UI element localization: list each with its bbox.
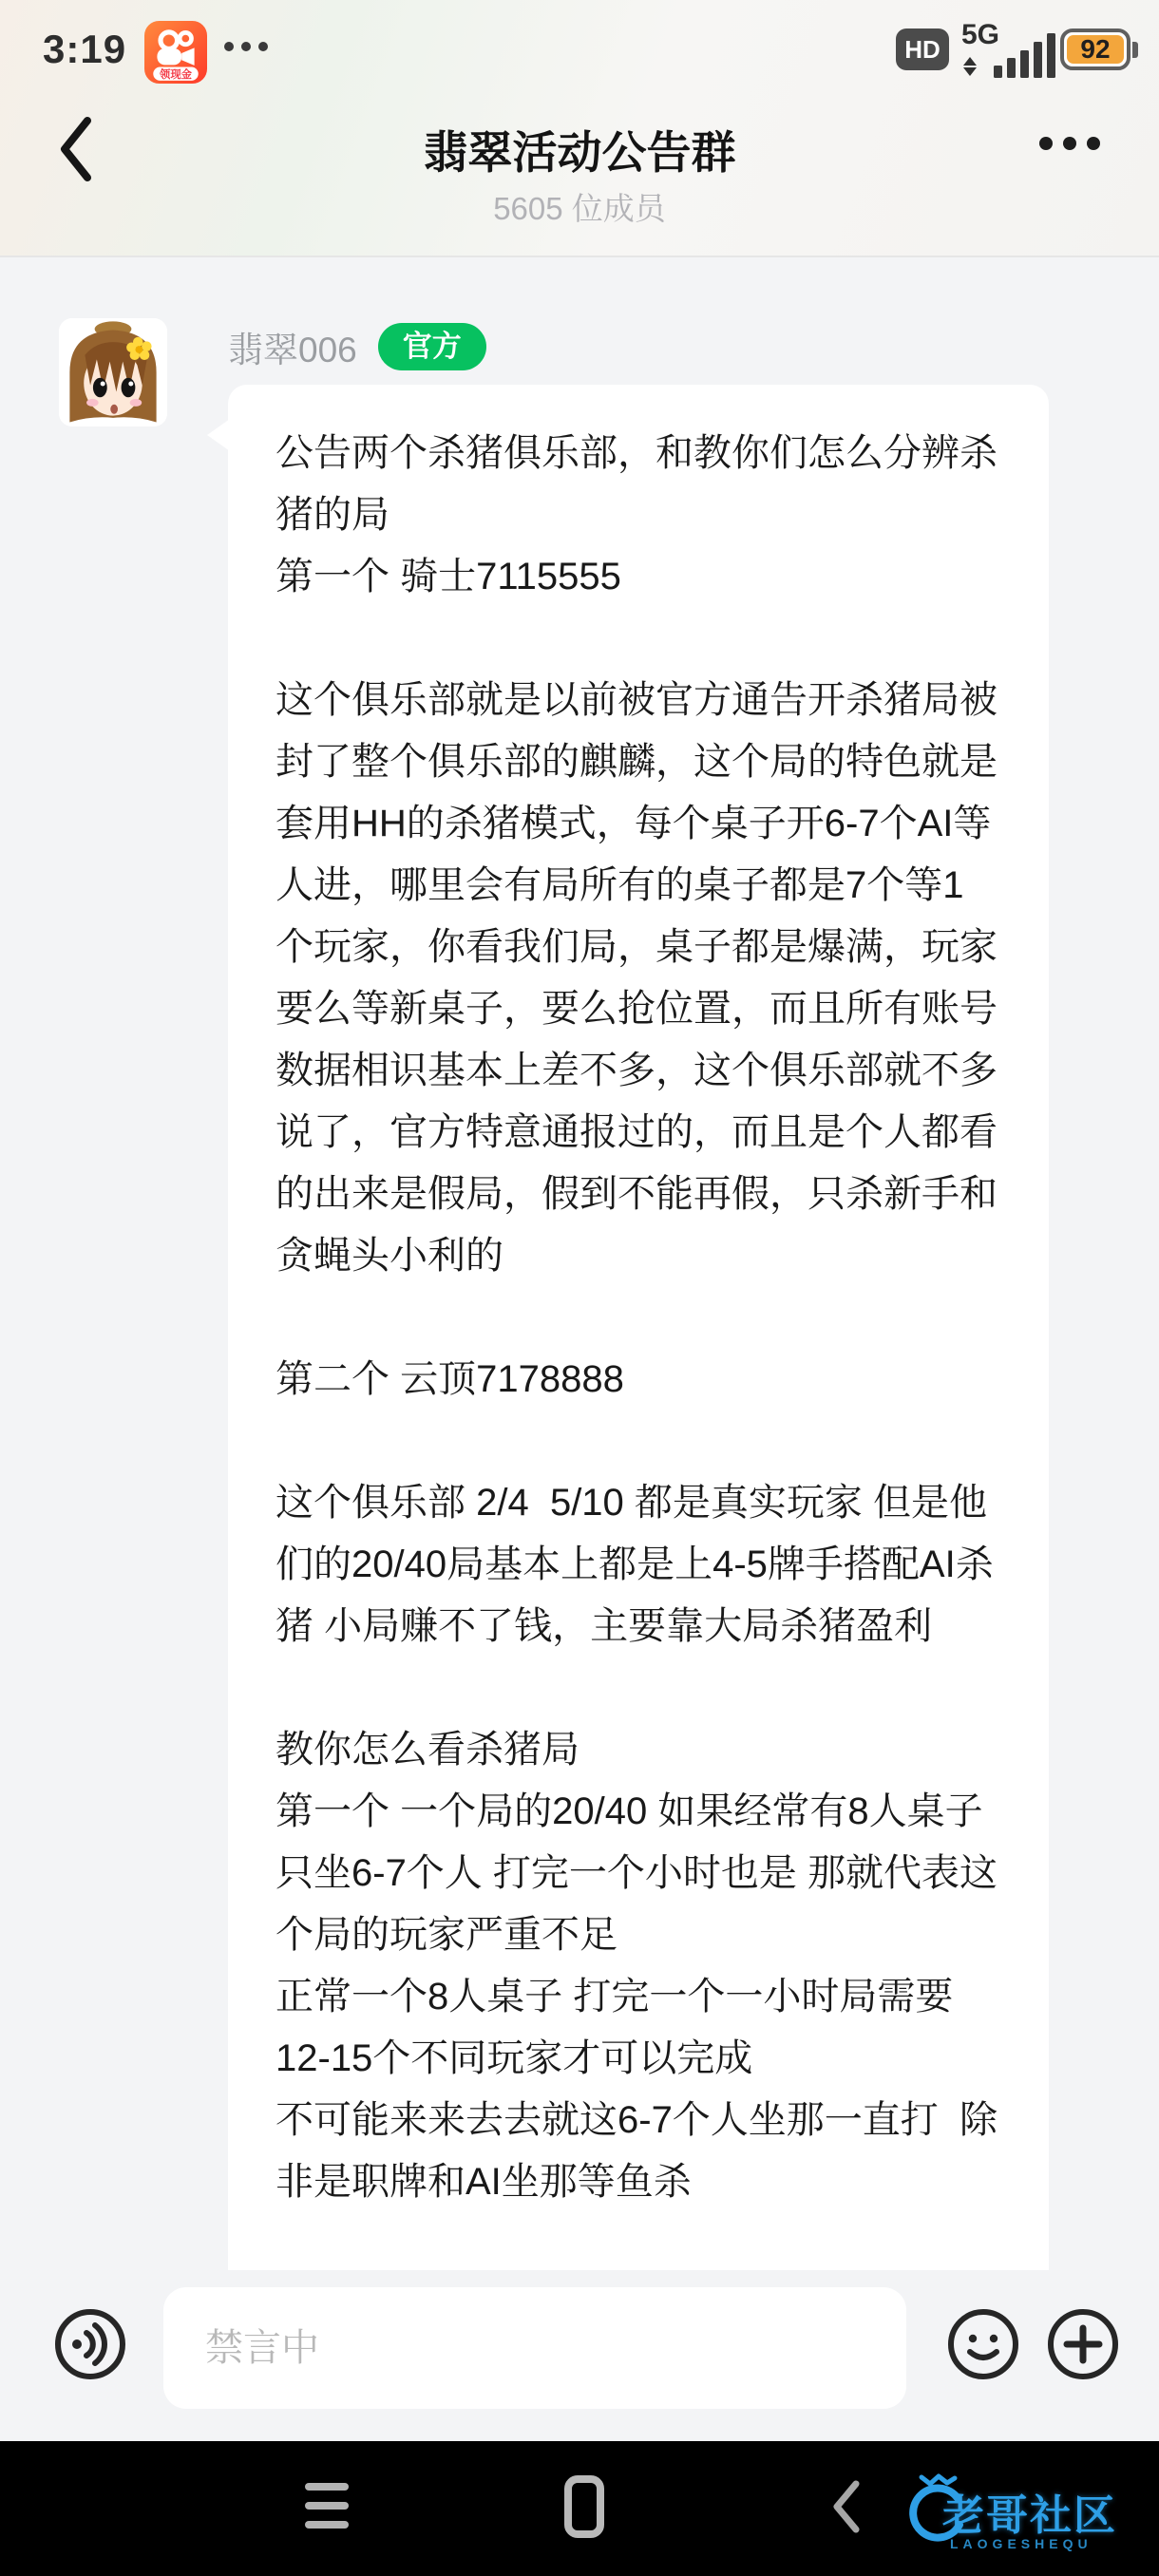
hamburger-icon — [305, 2483, 349, 2529]
data-arrows-icon — [963, 57, 977, 76]
watermark-subtitle: LAOGESHEQU — [950, 2536, 1092, 2551]
more-menu-button[interactable] — [1039, 137, 1100, 150]
message: 翡翠006 官方 公告两个杀猪俱乐部，和教你们怎么分辨杀猪的局 第一个 骑士71… — [228, 318, 1049, 2270]
attach-button[interactable] — [1042, 2303, 1124, 2385]
signal-bars-icon — [994, 33, 1055, 78]
status-bar: 3:19 领现金 HD 5G — [0, 17, 1159, 93]
message-input[interactable] — [163, 2287, 906, 2409]
bubble-tail — [207, 419, 230, 451]
kuaishou-app-icon: 领现金 — [144, 21, 207, 84]
watermark-title: 老哥社区 — [942, 2481, 1117, 2542]
recents-button[interactable] — [305, 2483, 349, 2529]
sender-row: 翡翠006 官方 — [228, 318, 1049, 375]
smiley-icon — [942, 2374, 1024, 2388]
chat-header: 翡翠活动公告群 5605 位成员 — [0, 93, 1159, 257]
clock: 3:19 — [43, 27, 126, 72]
hd-icon: HD — [896, 28, 949, 70]
notification-dots-icon — [224, 42, 268, 51]
voice-button[interactable] — [49, 2303, 131, 2385]
group-title: 翡翠活动公告群 — [0, 118, 1159, 181]
message-bubble: 公告两个杀猪俱乐部，和教你们怎么分辨杀猪的局 第一个 骑士7115555 这个俱… — [228, 385, 1049, 2270]
watermark: 老哥社区 LAOGESHEQU — [906, 2449, 1144, 2568]
top-bar: 3:19 领现金 HD 5G — [0, 0, 1159, 257]
input-bar — [0, 2270, 1159, 2441]
battery-percent: 92 — [1067, 35, 1124, 64]
menu-dot-icon — [1087, 137, 1100, 150]
avatar[interactable] — [59, 318, 167, 426]
menu-dot-icon — [1039, 137, 1053, 150]
menu-dot-icon — [1063, 137, 1076, 150]
home-button[interactable] — [564, 2475, 604, 2538]
phone-screen: 3:19 领现金 HD 5G — [0, 0, 1159, 2576]
battery-icon: 92 — [1060, 28, 1138, 70]
avatar-girl-illustration — [59, 318, 167, 426]
sender-name: 翡翠006 — [228, 321, 357, 372]
message-text: 公告两个杀猪俱乐部，和教你们怎么分辨杀猪的局 第一个 骑士7115555 这个俱… — [275, 423, 1001, 2270]
android-nav-bar: 老哥社区 LAOGESHEQU — [0, 2441, 1159, 2576]
chat-area: 翡翠006 官方 公告两个杀猪俱乐部，和教你们怎么分辨杀猪的局 第一个 骑士71… — [0, 257, 1159, 2270]
nav-back-chevron-icon — [829, 2523, 862, 2537]
android-back-button[interactable] — [828, 2479, 863, 2536]
emoji-button[interactable] — [942, 2303, 1024, 2385]
plus-icon — [1042, 2374, 1124, 2388]
kuaishou-badge-text: 领现金 — [159, 67, 193, 81]
member-count: 5605 位成员 — [0, 184, 1159, 229]
voice-wave-icon — [49, 2374, 131, 2388]
official-badge: 官方 — [378, 323, 486, 370]
signal-indicator: 5G — [961, 19, 1056, 82]
